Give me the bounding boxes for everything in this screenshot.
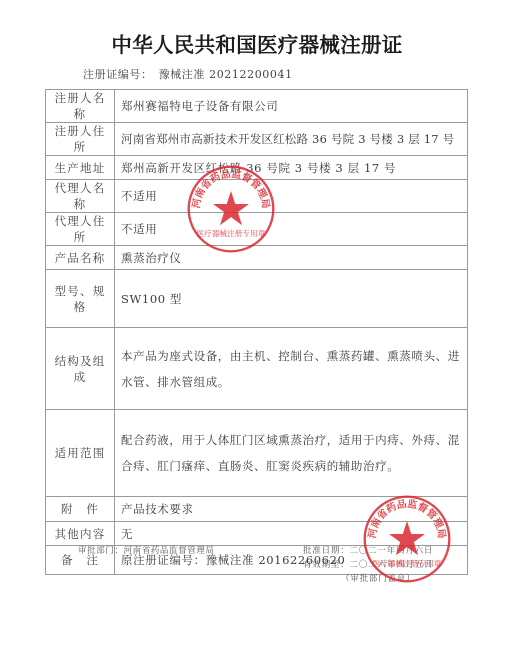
table-row: 其他内容 无 bbox=[46, 522, 468, 546]
row-label: 附 件 bbox=[46, 497, 115, 522]
approval-department-label: 审批部门： bbox=[78, 546, 124, 556]
approval-date-line: 批准日期：二〇二一年四月六日 bbox=[303, 544, 433, 558]
valid-until-line: 有效期至：二〇二六年四月五日 bbox=[303, 558, 433, 572]
table-row: 型号、规格 SW100 型 bbox=[46, 270, 468, 328]
registration-number: 豫械注准 20212200041 bbox=[159, 68, 293, 81]
certificate-title: 中华人民共和国医疗器械注册证 bbox=[0, 28, 514, 58]
row-label: 适用范围 bbox=[46, 410, 115, 497]
approval-date-label: 批准日期： bbox=[303, 546, 350, 556]
approval-dates: 批准日期：二〇二一年四月六日 有效期至：二〇二六年四月五日 （审批部门盖章） bbox=[303, 544, 433, 586]
row-label: 代理人名称 bbox=[46, 180, 115, 213]
row-label: 注册人名称 bbox=[46, 90, 115, 123]
table-row: 适用范围 配合药液，用于人体肛门区域熏蒸治疗，适用于内痔、外痔、混合痔、肛门瘙痒… bbox=[46, 410, 468, 497]
row-value: 不适用 bbox=[115, 180, 468, 213]
row-value: 产品技术要求 bbox=[115, 497, 468, 522]
row-value: 河南省郑州市高新技术开发区红松路 36 号院 3 号楼 3 层 17 号 bbox=[115, 123, 468, 156]
row-label: 其他内容 bbox=[46, 522, 115, 546]
row-label: 注册人住所 bbox=[46, 123, 115, 156]
row-label: 生产地址 bbox=[46, 156, 115, 180]
certificate-table: 注册人名称 郑州赛福特电子设备有限公司 注册人住所 河南省郑州市高新技术开发区红… bbox=[45, 89, 468, 575]
approval-department-value: 河南省药品监督管理局 bbox=[124, 546, 215, 556]
registration-number-label: 注册证编号： bbox=[83, 68, 153, 81]
row-value: 本产品为座式设备，由主机、控制台、熏蒸药罐、熏蒸喷头、进水管、排水管组成。 bbox=[115, 328, 468, 410]
table-row: 产品名称 熏蒸治疗仪 bbox=[46, 246, 468, 270]
approval-department: 审批部门：河南省药品监督管理局 bbox=[78, 544, 215, 556]
row-value: 无 bbox=[115, 522, 468, 546]
table-row: 结构及组成 本产品为座式设备，由主机、控制台、熏蒸药罐、熏蒸喷头、进水管、排水管… bbox=[46, 328, 468, 410]
table-row: 生产地址 郑州高新开发区红松路 36 号院 3 号楼 3 层 17 号 bbox=[46, 156, 468, 180]
stamp-note: （审批部门盖章） bbox=[303, 572, 433, 586]
table-row: 代理人名称 不适用 bbox=[46, 180, 468, 213]
table-row: 代理人住所 不适用 bbox=[46, 213, 468, 246]
row-label: 产品名称 bbox=[46, 246, 115, 270]
row-value: 郑州高新开发区红松路 36 号院 3 号楼 3 层 17 号 bbox=[115, 156, 468, 180]
row-value: 配合药液，用于人体肛门区域熏蒸治疗，适用于内痔、外痔、混合痔、肛门瘙痒、直肠炎、… bbox=[115, 410, 468, 497]
row-value: 郑州赛福特电子设备有限公司 bbox=[115, 90, 468, 123]
approval-date-value: 二〇二一年四月六日 bbox=[350, 546, 434, 556]
row-value: 熏蒸治疗仪 bbox=[115, 246, 468, 270]
row-label: 结构及组成 bbox=[46, 328, 115, 410]
valid-until-label: 有效期至： bbox=[303, 560, 350, 570]
valid-until-value: 二〇二六年四月五日 bbox=[350, 560, 434, 570]
registration-number-line: 注册证编号：豫械注准 20212200041 bbox=[83, 66, 293, 82]
row-label: 代理人住所 bbox=[46, 213, 115, 246]
row-value: SW100 型 bbox=[115, 270, 468, 328]
table-row: 附 件 产品技术要求 bbox=[46, 497, 468, 522]
row-value: 不适用 bbox=[115, 213, 468, 246]
row-label: 型号、规格 bbox=[46, 270, 115, 328]
table-row: 注册人名称 郑州赛福特电子设备有限公司 bbox=[46, 90, 468, 123]
table-row: 注册人住所 河南省郑州市高新技术开发区红松路 36 号院 3 号楼 3 层 17… bbox=[46, 123, 468, 156]
